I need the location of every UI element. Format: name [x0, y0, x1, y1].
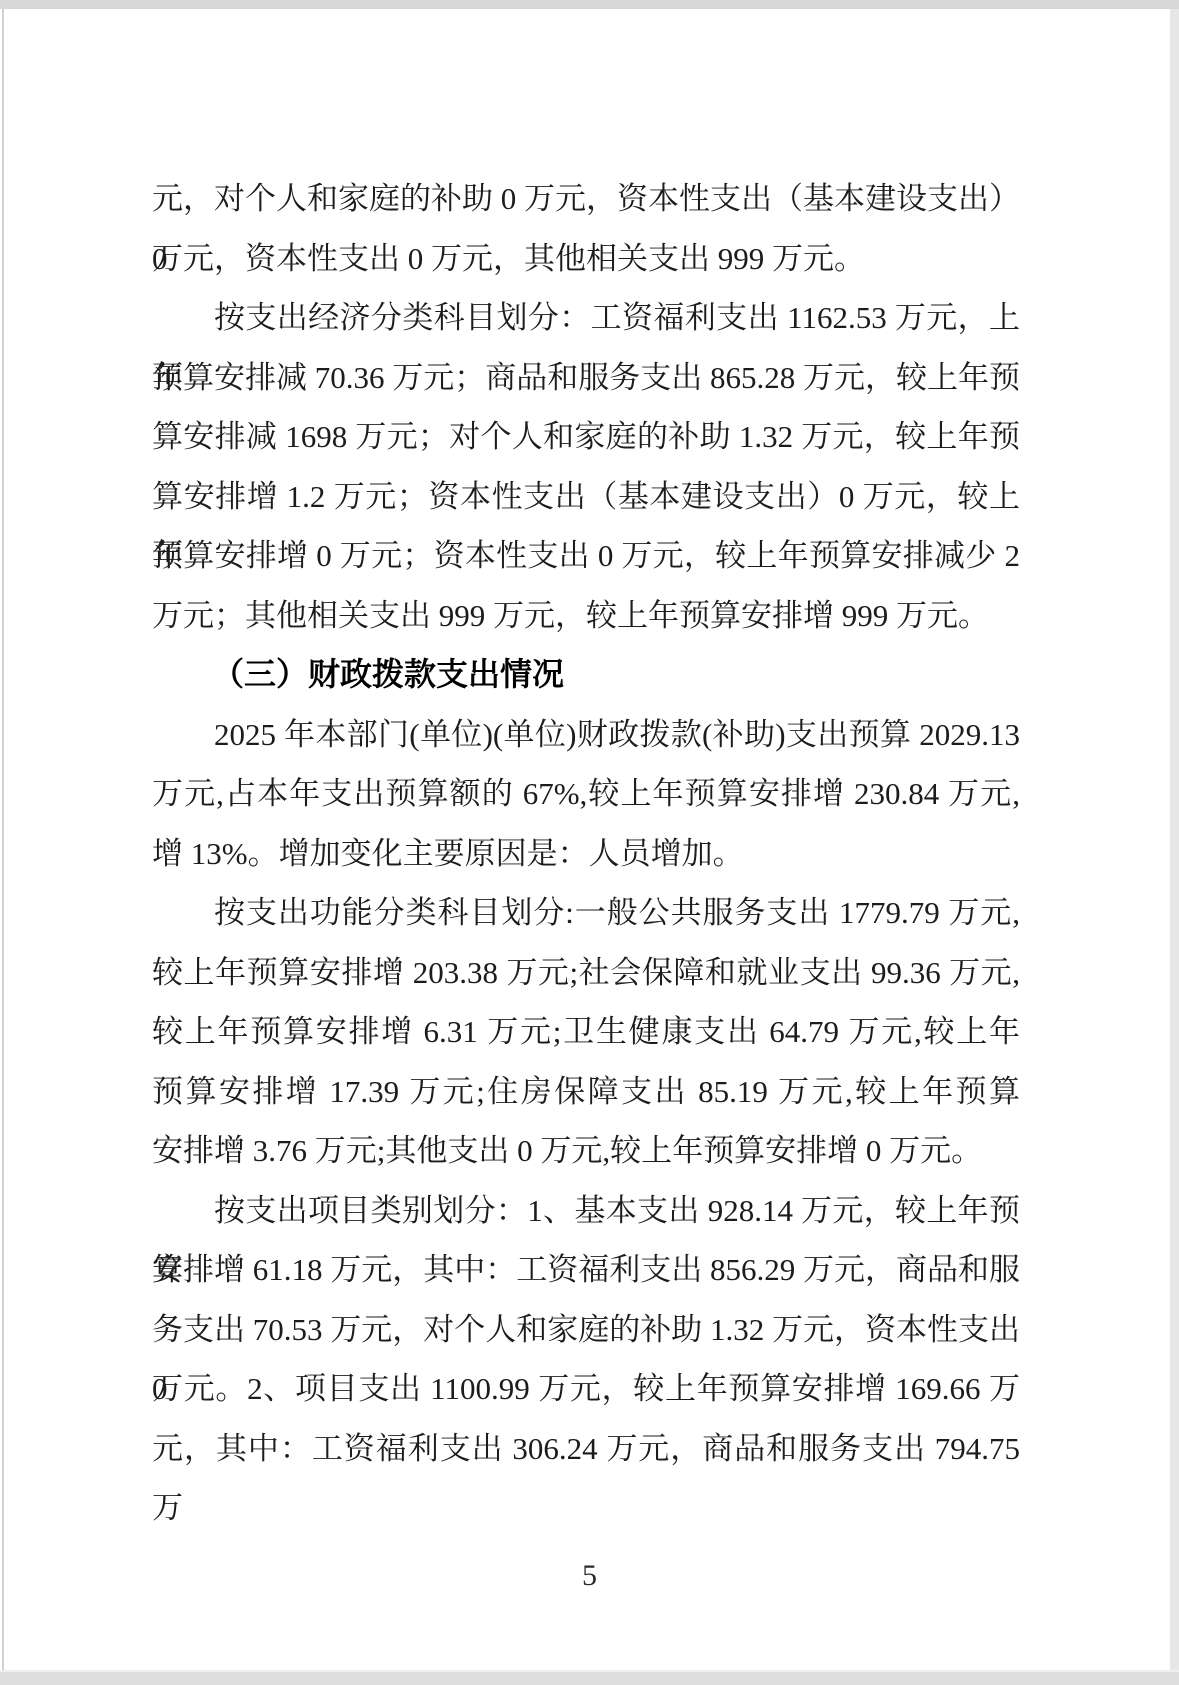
text-line: 预算安排增 0 万元；资本性支出 0 万元，较上年预算安排减少 2: [152, 526, 1020, 586]
page-edge-left-line: [2, 9, 4, 1670]
text-line: 万元，资本性支出 0 万元，其他相关支出 999 万元。: [152, 229, 1020, 289]
text-line: 安排增 61.18 万元，其中：工资福利支出 856.29 万元，商品和服: [152, 1240, 1020, 1300]
page-edge-top: [0, 0, 1179, 9]
text-line: 万元；其他相关支出 999 万元，较上年预算安排增 999 万元。: [152, 586, 1020, 646]
text-line: 万元。2、项目支出 1100.99 万元，较上年预算安排增 169.66 万: [152, 1359, 1020, 1419]
text-line: 较上年预算安排增 203.38 万元;社会保障和就业支出 99.36 万元,: [152, 943, 1020, 1003]
text-line: 算安排增 1.2 万元；资本性支出（基本建设支出）0 万元，较上年: [152, 467, 1020, 527]
text-line: 万元,占本年支出预算额的 67%,较上年预算安排增 230.84 万元,: [152, 764, 1020, 824]
text-line: 元，对个人和家庭的补助 0 万元，资本性支出（基本建设支出）0: [152, 169, 1020, 229]
text-line: 安排增 3.76 万元;其他支出 0 万元,较上年预算安排增 0 万元。: [152, 1121, 1020, 1181]
text-line: 算安排减 1698 万元；对个人和家庭的补助 1.32 万元，较上年预: [152, 407, 1020, 467]
text-line: 务支出 70.53 万元，对个人和家庭的补助 1.32 万元，资本性支出 0: [152, 1300, 1020, 1360]
page-number: 5: [0, 1546, 1179, 1606]
text-line: 较上年预算安排增 6.31 万元;卫生健康支出 64.79 万元,较上年: [152, 1002, 1020, 1062]
text-line: 预算安排减 70.36 万元；商品和服务支出 865.28 万元，较上年预: [152, 348, 1020, 408]
text-line: 按支出项目类别划分：1、基本支出 928.14 万元，较上年预算: [152, 1181, 1020, 1241]
text-line: 2025 年本部门(单位)(单位)财政拨款(补助)支出预算 2029.13: [152, 705, 1020, 765]
text-line: 按支出功能分类科目划分:一般公共服务支出 1779.79 万元,: [152, 883, 1020, 943]
text-line: 预算安排增 17.39 万元;住房保障支出 85.19 万元,较上年预算: [152, 1062, 1020, 1122]
section-heading: （三）财政拨款支出情况: [152, 645, 1020, 705]
text-block: 元，对个人和家庭的补助 0 万元，资本性支出（基本建设支出）0万元，资本性支出 …: [152, 169, 1020, 1478]
page-edge-right: [1170, 9, 1179, 1670]
text-line: 增 13%。增加变化主要原因是：人员增加。: [152, 824, 1020, 884]
text-line: 元，其中：工资福利支出 306.24 万元，商品和服务支出 794.75 万: [152, 1419, 1020, 1479]
document-page: 元，对个人和家庭的补助 0 万元，资本性支出（基本建设支出）0万元，资本性支出 …: [0, 0, 1179, 1685]
text-line: 按支出经济分类科目划分：工资福利支出 1162.53 万元，上年: [152, 288, 1020, 348]
page-edge-bottom: [0, 1670, 1179, 1685]
